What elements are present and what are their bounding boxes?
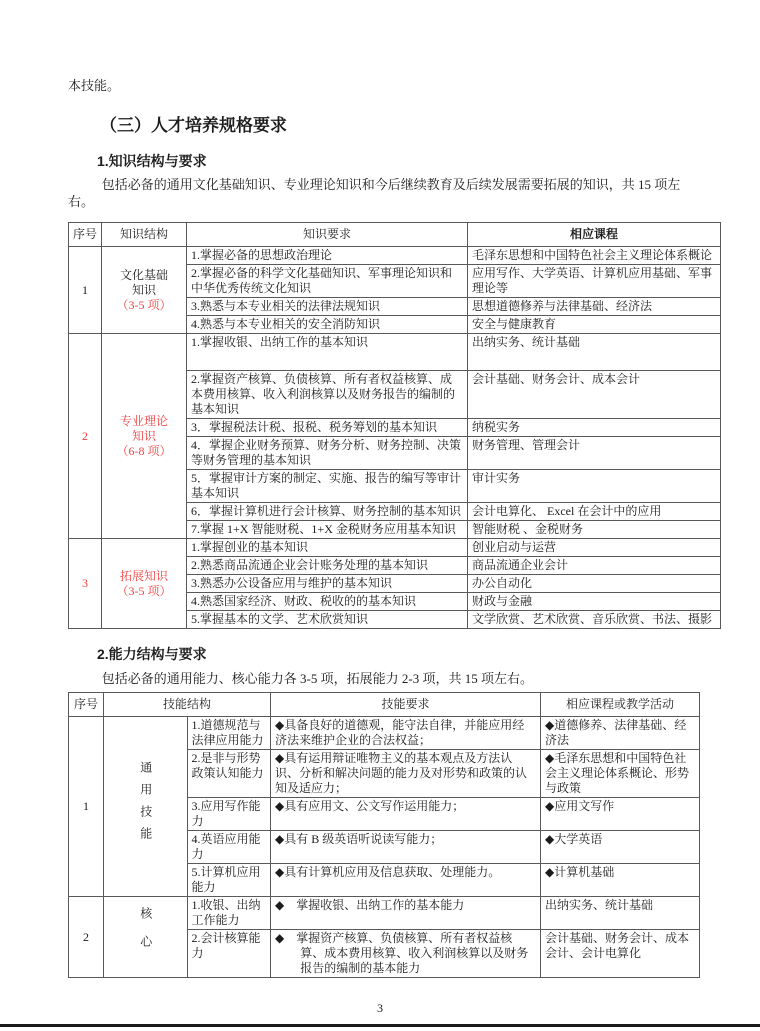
ability-heading: 2.能力结构与要求 [68,645,700,663]
skill-cell: 2.会计核算能力 [187,930,271,978]
lead-text: 本技能。 [68,78,700,94]
course-cell: 安全与健康教育 [468,316,721,334]
structure-note: （3-5 项） [117,298,172,312]
header-structure: 知识结构 [102,223,187,247]
course-cell: 出纳实务、统计基础 [468,334,721,371]
requirement-cell: ◆具有 B 级英语听说读写能力； [271,831,541,864]
group-label: 通用技能 [104,717,188,897]
course-cell: 办公自动化 [468,575,721,593]
group-no: 1 [69,247,102,334]
page-content: 本技能。 （三）人才培养规格要求 1.知识结构与要求 包括必备的通用文化基础知识… [68,78,700,978]
requirement-cell: 1.掌握创业的基本知识 [187,539,468,557]
requirement-cell: ◆具有运用辩证唯物主义的基本观点及方法认识、分析和解决问题的能力及对形势和政策的… [271,750,541,798]
course-cell: 会计基础、财务会计、成本会计 [468,371,721,419]
requirement-cell: 2.熟悉商品流通企业会计账务处理的基本知识 [187,557,468,575]
structure-note: （6-8 项） [117,444,172,458]
course-cell: 智能财税 、金税财务 [468,521,721,539]
requirement-cell: 6．掌握计算机进行会计核算、财务控制的基本知识 [187,503,468,521]
requirement-cell: ◆具有计算机应用及信息获取、处理能力。 [271,864,541,897]
requirement-cell: 5．掌握审计方案的制定、实施、报告的编写等审计基本知识 [187,470,468,503]
group-label: 核心 [104,897,188,978]
course-cell: 审计实务 [468,470,721,503]
knowledge-intro: 包括必备的通用文化基础知识、专业理论知识和今后继续教育及后续发展需要拓展的知识，… [68,176,700,210]
course-cell: ◆应用文写作 [541,798,700,831]
requirement-cell: 3．掌握税法计税、报税、税务筹划的基本知识 [187,419,468,437]
requirement-cell: 4.熟悉与本专业相关的安全消防知识 [187,316,468,334]
skill-cell: 4.英语应用能力 [187,831,271,864]
course-cell: 纳税实务 [468,419,721,437]
group-label-text: 核心 [138,907,153,963]
structure-name: 专业理论 知识 [120,414,168,443]
requirement-cell: 7.掌握 1+X 智能财税、1+X 金税财务应用基本知识 [187,521,468,539]
course-cell: ◆毛泽东思想和中国特色社会主义理论体系概论、形势与政策 [541,750,700,798]
skill-cell: 5.计算机应用能力 [187,864,271,897]
course-cell: 财政与金融 [468,593,721,611]
section-title: （三）人才培养规格要求 [68,115,700,137]
group-structure: 文化基础 知识 （3-5 项） [102,247,187,334]
course-cell: 出纳实务、统计基础 [541,897,700,930]
knowledge-table: 序号 知识结构 知识要求 相应课程 1 文化基础 知识 （3-5 项） 1.掌握… [68,222,721,629]
requirement-cell: 2.掌握必备的科学文化基础知识、军事理论知识和中华优秀传统文化知识 [187,265,468,298]
requirement-cell: 2.掌握资产核算、负债核算、所有者权益核算、成本费用核算、收入利润核算以及财务报… [187,371,468,419]
course-cell: 创业启动与运营 [468,539,721,557]
course-cell: 会计基础、财务会计、成本会计、会计电算化 [541,930,700,978]
requirement-text: ◆ 掌握收银、出纳工作的基本能力 [275,898,536,913]
requirement-cell: 3.熟悉办公设备应用与维护的基本知识 [187,575,468,593]
table-row: 1 通用技能 1.道德规范与法律应用能力 ◆具备良好的道德观，能守法自律，并能应… [69,717,700,750]
skill-cell: 2.是非与形势政策认知能力 [187,750,271,798]
header-requirement: 知识要求 [187,223,468,247]
group-no: 2 [69,897,104,978]
course-cell: ◆大学英语 [541,831,700,864]
requirement-cell: ◆具备良好的道德观，能守法自律，并能应用经济法来维护企业的合法权益； [271,717,541,750]
header-no: 序号 [69,223,102,247]
course-cell: 商品流通企业会计 [468,557,721,575]
group-structure: 拓展知识 （3-5 项） [102,539,187,629]
header-structure: 技能结构 [104,693,271,717]
skill-cell: 3.应用写作能力 [187,798,271,831]
page-number: 3 [0,1001,760,1015]
structure-name: 拓展知识 [120,569,168,583]
course-cell: ◆道德修养、法律基础、经济法 [541,717,700,750]
header-no: 序号 [69,693,104,717]
course-cell: ◆计算机基础 [541,864,700,897]
requirement-cell: 4.熟悉国家经济、财政、税收的的基本知识 [187,593,468,611]
group-no: 3 [69,539,102,629]
knowledge-heading: 1.知识结构与要求 [68,152,700,170]
header-course: 相应课程 [468,223,721,247]
requirement-cell: ◆ 掌握资产核算、负债核算、所有者权益核算、成本费用核算、收入利润核算以及财务报… [271,930,541,978]
requirement-cell: 3.熟悉与本专业相关的法律法规知识 [187,298,468,316]
group-label-text: 通用技能 [138,761,153,849]
skill-cell: 1.收银、出纳工作能力 [187,897,271,930]
course-cell: 会计电算化、 Excel 在会计中的应用 [468,503,721,521]
course-cell: 思想道德修养与法律基础、经济法 [468,298,721,316]
course-cell: 毛泽东思想和中国特色社会主义理论体系概论 [468,247,721,265]
requirement-text: ◆ 掌握资产核算、负债核算、所有者权益核算、成本费用核算、收入利润核算以及财务报… [275,931,536,976]
page-break-divider [0,1024,760,1027]
table-row: 1 文化基础 知识 （3-5 项） 1.掌握必备的思想政治理论 毛泽东思想和中国… [69,247,721,265]
table-row: 2 核心 1.收银、出纳工作能力 ◆ 掌握收银、出纳工作的基本能力 出纳实务、统… [69,897,700,930]
requirement-cell: 4．掌握企业财务预算、财务分析、财务控制、决策等财务管理的基本知识 [187,437,468,470]
course-cell: 财务管理、管理会计 [468,437,721,470]
header-course: 相应课程或教学活动 [541,693,700,717]
structure-note: （3-5 项） [117,584,172,598]
table-header-row: 序号 技能结构 技能要求 相应课程或教学活动 [69,693,700,717]
requirement-cell: ◆具有应用文、公文写作运用能力； [271,798,541,831]
ability-intro: 包括必备的通用能力、核心能力各 3-5 项，拓展能力 2-3 项，共 15 项左… [68,670,700,687]
document-page: 本技能。 （三）人才培养规格要求 1.知识结构与要求 包括必备的通用文化基础知识… [0,0,760,1031]
requirement-cell: ◆ 掌握收银、出纳工作的基本能力 [271,897,541,930]
skill-cell: 1.道德规范与法律应用能力 [187,717,271,750]
requirement-cell: 1.掌握收银、出纳工作的基本知识 [187,334,468,371]
group-no: 1 [69,717,104,897]
table-header-row: 序号 知识结构 知识要求 相应课程 [69,223,721,247]
table-row: 2 专业理论 知识 （6-8 项） 1.掌握收银、出纳工作的基本知识 出纳实务、… [69,334,721,371]
group-structure: 专业理论 知识 （6-8 项） [102,334,187,539]
course-cell: 应用写作、大学英语、计算机应用基础、军事理论等 [468,265,721,298]
structure-name: 文化基础 知识 [120,268,168,297]
ability-table: 序号 技能结构 技能要求 相应课程或教学活动 1 通用技能 1.道德规范与法律应… [68,692,700,978]
requirement-cell: 1.掌握必备的思想政治理论 [187,247,468,265]
requirement-cell: 5.掌握基本的文学、艺术欣赏知识 [187,611,468,629]
course-cell: 文学欣赏、艺术欣赏、音乐欣赏、书法、摄影 [468,611,721,629]
group-no: 2 [69,334,102,539]
header-requirement: 技能要求 [271,693,541,717]
table-row: 3 拓展知识 （3-5 项） 1.掌握创业的基本知识 创业启动与运营 [69,539,721,557]
